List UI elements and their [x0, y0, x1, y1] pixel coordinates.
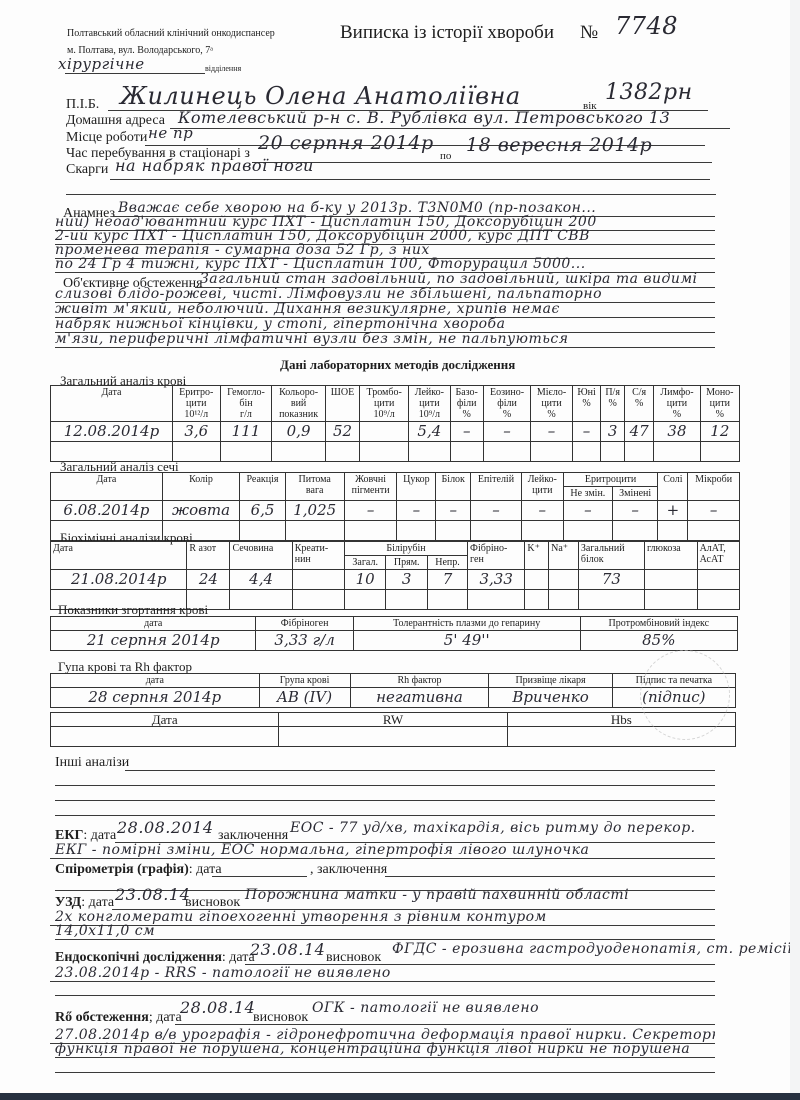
- urine-cell: +: [658, 501, 688, 521]
- biochem-cell: 73: [578, 570, 644, 590]
- handwritten-line: набряк нижньої кінцівки, у стопі, гіперт…: [55, 316, 505, 332]
- xray-conclusion-line: ОГК - патології не виявлено: [312, 1000, 539, 1016]
- biochem-header: Сечовина: [230, 542, 292, 570]
- blood-header: С/я%: [625, 386, 654, 422]
- complaints-value: на набряк правої ноги: [115, 156, 314, 175]
- blood-cell: 111: [220, 422, 272, 442]
- blood-cell: 12.08.2014р: [51, 422, 173, 442]
- handwritten-line: 14,0х11,0 см: [55, 923, 155, 939]
- blood-header: Мієло-цити%: [531, 386, 573, 422]
- complaints-label: Скарги: [66, 162, 108, 178]
- blood-group-cell: негативна: [350, 688, 489, 708]
- biochem-cell: 3: [386, 570, 428, 590]
- department-label: відділення: [205, 64, 241, 73]
- biochem-header: K⁺: [525, 542, 549, 570]
- xray-label: Rő обстеження; дата: [55, 1010, 182, 1026]
- biochem-cell: [644, 570, 697, 590]
- blood-cell: 3: [601, 422, 625, 442]
- blood-cell: 38: [654, 422, 700, 442]
- coagulation-header: Толерантність плазми до гепарину: [353, 617, 580, 631]
- biochem-header: глюкоза: [644, 542, 697, 570]
- blood-cell: 3,6: [172, 422, 220, 442]
- urine-header: Цукор: [397, 473, 436, 501]
- biochem-header: АлАТ,АсАТ: [697, 542, 739, 570]
- urine-header: Реакція: [240, 473, 286, 501]
- blood-group-cell: Вриченко: [489, 688, 612, 708]
- coagulation-header: дата: [51, 617, 256, 631]
- scan-edge-bottom: [0, 1093, 800, 1100]
- biochem-header: Фібріно-ген: [468, 542, 525, 570]
- handwritten-line: Загальний стан задовільний, по задовільн…: [200, 271, 698, 287]
- blood-header: Еозино-філи%: [483, 386, 530, 422]
- name-label: П.І.Б.: [66, 97, 99, 113]
- blood-group-cell: AB (IV): [259, 688, 350, 708]
- blood-header: Моно-цити%: [700, 386, 739, 422]
- urine-header: Еритроцити: [563, 473, 658, 487]
- blood-cell: 47: [625, 422, 654, 442]
- blood-cell: –: [483, 422, 530, 442]
- blood-header: Базо-філи%: [450, 386, 483, 422]
- urine-subheader: Змінені: [612, 487, 658, 501]
- ecg-title: ЕКГ: [55, 828, 83, 843]
- biochem-header: Білірубін: [344, 542, 467, 556]
- patient-name: Жилинець Олена Анатоліївна: [120, 82, 521, 110]
- coagulation-cell: 85%: [580, 631, 737, 651]
- blood-header: Кольоро-вийпоказник: [272, 386, 325, 422]
- blood-header: Дата: [51, 386, 173, 422]
- urine-header: Епітелій: [471, 473, 522, 501]
- blood-header: ШОЕ: [325, 386, 359, 422]
- handwritten-line: 23.08.2014р - RRS - патології не виявлен…: [55, 965, 391, 981]
- urine-cell: 6,5: [240, 501, 286, 521]
- blood-cell: –: [450, 422, 483, 442]
- ecg-date: 28.08.2014: [117, 818, 214, 837]
- blood-group-header: Група крові: [259, 674, 350, 688]
- biochem-cell: [697, 570, 739, 590]
- document-title: Виписка із історії хвороби: [340, 22, 554, 44]
- blood-group-cell: 28 серпня 2014р: [51, 688, 260, 708]
- coagulation-header: Фібріноген: [256, 617, 353, 631]
- rw-cell: [279, 727, 507, 747]
- urine-cell: –: [612, 501, 658, 521]
- urine-cell: 6.08.2014р: [51, 501, 163, 521]
- endoscopy-conclusion-line: ФГДС - ерозивна гастродуоденопатія, ст. …: [392, 941, 792, 957]
- patient-address: Котелевський р-н с. В. Рублівка вул. Пет…: [178, 108, 670, 127]
- blood-group-header: дата: [51, 674, 260, 688]
- biochem-subheader: Непр.: [428, 556, 468, 570]
- handwritten-line: функція правої не порушена, концентрацій…: [55, 1041, 690, 1057]
- blood-cell: 12: [700, 422, 739, 442]
- biochem-subheader: Прям.: [386, 556, 428, 570]
- biochem-header: Загальнийбілок: [578, 542, 644, 570]
- handwritten-line: живіт м'який, неболючий. Дихання везикул…: [55, 301, 560, 317]
- scan-edge: [790, 0, 800, 1100]
- coagulation-cell: 21 серпня 2014р: [51, 631, 256, 651]
- stay-to-label: по: [440, 150, 451, 162]
- urine-cell: –: [688, 501, 740, 521]
- ultrasound-date: 23.08.14: [115, 885, 190, 904]
- biochem-cell: 21.08.2014р: [51, 570, 187, 590]
- handwritten-line: ЕКГ - помірні зміни, ЕОС нормальна, гіпе…: [55, 842, 589, 858]
- blood-header: Гемогло-бінг/л: [220, 386, 272, 422]
- ecg-date-label: дата: [91, 828, 116, 843]
- urine-cell: –: [344, 501, 397, 521]
- coagulation-cell: 5' 49'': [353, 631, 580, 651]
- urine-header: Мікроби: [688, 473, 740, 501]
- stamp-mark: [640, 650, 730, 740]
- blood-header: Юні%: [572, 386, 600, 422]
- blood-group-table: датаГрупа кровіRh факторПризвіще лікаряП…: [50, 673, 736, 708]
- biochem-table: ДатаR азотСечовинаКреати-нинБілірубінФіб…: [50, 541, 740, 610]
- biochem-cell: 10: [344, 570, 385, 590]
- blood-group-header: Призвіще лікаря: [489, 674, 612, 688]
- urine-cell: –: [397, 501, 436, 521]
- blood-cell: 52: [325, 422, 359, 442]
- ultrasound-conclusion-line: Порожнина матки - у правій пахвинній обл…: [245, 887, 629, 903]
- handwritten-line: по 24 Гр 4 тижні, курс ПХТ - Цисплатин 1…: [55, 256, 586, 272]
- handwritten-line: м'язи, периферичні лімфатичні вузли без …: [55, 331, 568, 347]
- record-number: 7748: [615, 12, 678, 40]
- rw-hbs-table: ДатаRWHbs: [50, 712, 736, 747]
- rw-header: RW: [279, 713, 507, 727]
- urine-subheader: Не змін.: [563, 487, 612, 501]
- urine-header: Лейко-цити: [521, 473, 563, 501]
- number-label: №: [580, 22, 598, 44]
- stay-from: 20 серпня 2014р: [258, 132, 434, 154]
- biochem-subheader: Загал.: [344, 556, 385, 570]
- urine-header: Колір: [162, 473, 239, 501]
- rw-header: Дата: [51, 713, 279, 727]
- blood-cell: –: [572, 422, 600, 442]
- urine-cell: –: [563, 501, 612, 521]
- urine-cell: 1,025: [285, 501, 344, 521]
- patient-age: 1382рн: [605, 80, 693, 105]
- biochem-cell: 3,33: [468, 570, 525, 590]
- blood-cell: 5,4: [409, 422, 450, 442]
- biochem-cell: 4,4: [230, 570, 292, 590]
- coagulation-header: Протромбіновий індекс: [580, 617, 737, 631]
- urine-header: Питомавага: [285, 473, 344, 501]
- biochem-cell: 7: [428, 570, 468, 590]
- biochem-cell: [549, 570, 579, 590]
- urine-header: Солі: [658, 473, 688, 501]
- work-label: Місце роботи: [66, 130, 147, 146]
- department-value: хірургічне: [58, 55, 145, 73]
- biochem-cell: [525, 570, 549, 590]
- biochem-header: Креати-нин: [292, 542, 344, 570]
- rw-cell: [51, 727, 279, 747]
- biochem-cell: [292, 570, 344, 590]
- urine-header: Білок: [436, 473, 471, 501]
- biochem-header: Дата: [51, 542, 187, 570]
- blood-general-table: ДатаЕритро-цити10¹²/лГемогло-бінг/лКольо…: [50, 385, 740, 462]
- urine-cell: –: [521, 501, 563, 521]
- biochem-cell: 24: [187, 570, 230, 590]
- blood-header: Тромбо-цити10⁹/л: [360, 386, 409, 422]
- urine-cell: жовта: [162, 501, 239, 521]
- blood-group-header: Rh фактор: [350, 674, 489, 688]
- blood-cell: –: [531, 422, 573, 442]
- lab-section-title: Дані лабораторних методів дослідження: [280, 357, 515, 373]
- endoscopy-label: Ендоскопічні дослідження: дата: [55, 950, 255, 966]
- urine-cell: –: [471, 501, 522, 521]
- xray-date: 28.08.14: [180, 998, 255, 1017]
- ecg-conclusion-line: ЕОС - 77 уд/хв, тахікардія, вісь ритму д…: [290, 820, 696, 836]
- endoscopy-date: 23.08.14: [250, 940, 325, 959]
- urine-cell: –: [436, 501, 471, 521]
- stay-to: 18 вересня 2014р: [466, 134, 652, 156]
- document-page: Полтавський обласний клінічний онкодиспа…: [0, 0, 790, 1093]
- biochem-header: Na⁺: [549, 542, 579, 570]
- coagulation-table: датаФібріногенТолерантність плазми до ге…: [50, 616, 738, 651]
- institution-name: Полтавський обласний клінічний онкодиспа…: [67, 28, 275, 39]
- blood-header: П/я%: [601, 386, 625, 422]
- handwritten-line: слизові блідо-рожеві, чисті. Лімфовузли …: [55, 286, 602, 302]
- urine-header: Жовчніпігменти: [344, 473, 397, 501]
- urine-header: Дата: [51, 473, 163, 501]
- blood-header: Лейко-цити10⁹/л: [409, 386, 450, 422]
- blood-cell: 0,9: [272, 422, 325, 442]
- blood-header: Еритро-цити10¹²/л: [172, 386, 220, 422]
- spirometry-label: Спірометрія (графія): дата: [55, 862, 222, 878]
- other-tests-label: Інші аналізи: [55, 755, 129, 771]
- blood-header: Лимфо-цити%: [654, 386, 700, 422]
- coagulation-cell: 3,33 г/л: [256, 631, 353, 651]
- work-value: не пр: [148, 124, 193, 142]
- biochem-header: R азот: [187, 542, 230, 570]
- blood-cell: [360, 422, 409, 442]
- spirometry-conclusion-label: заключення: [317, 862, 387, 877]
